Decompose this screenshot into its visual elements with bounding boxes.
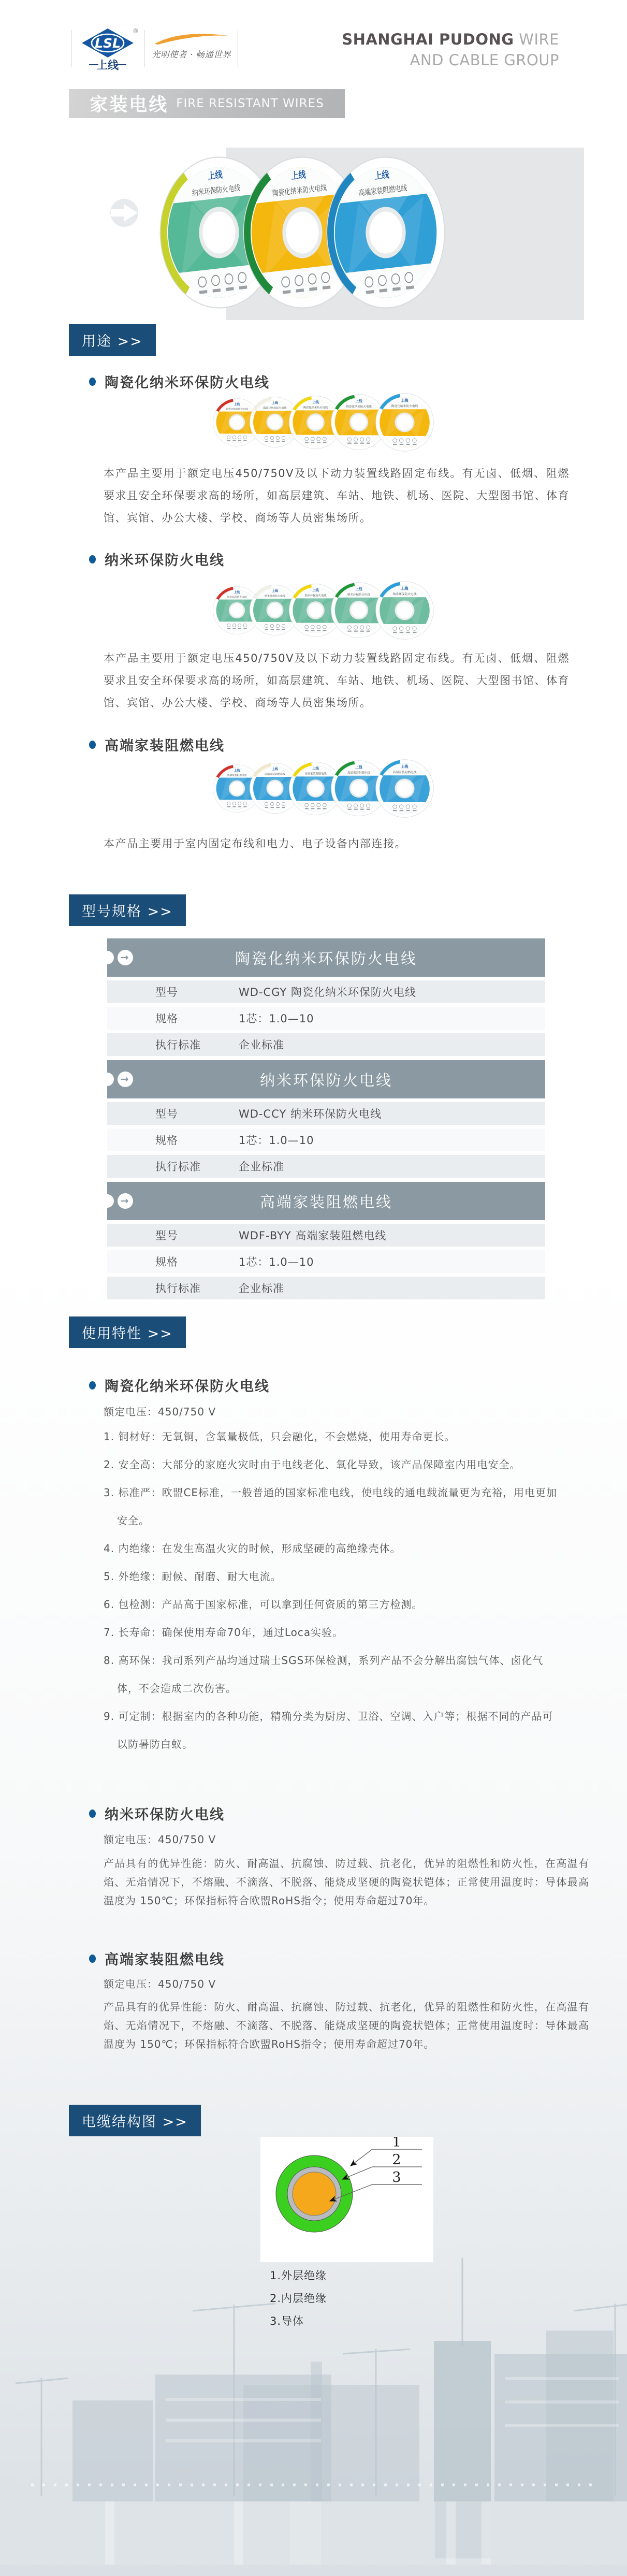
product-heading-1: 陶瓷化纳米环保防火电线 — [89, 371, 270, 392]
product-heading-2-label: 纳米环保防火电线 — [105, 549, 225, 569]
swoosh-icon — [152, 33, 230, 45]
legend-item-1: 1.外层绝缘 — [270, 2264, 327, 2287]
page-title-banner: 家装电线 FIRE RESISTANT WIRES — [69, 89, 345, 118]
rated-voltage-3: 额定电压：450/750 V — [104, 1976, 216, 1991]
table-row: 执行标准 企业标准 — [107, 1155, 545, 1178]
spec-table-3-title: 高端家装阻燃电线 — [260, 1191, 392, 1212]
table-row: 规格 1芯：1.0—10 — [107, 1007, 545, 1030]
feature-item: 5. 外绝缘：耐候、耐磨、耐大电流。 — [104, 1562, 561, 1590]
section-button-models[interactable]: 型号规格 >> — [69, 894, 186, 926]
spec-table-2-title: 纳米环保防火电线 — [260, 1069, 392, 1090]
spec-table-3: → 高端家装阻燃电线 型号 WDF-BYY 高端家装阻燃电线 规格 1芯：1.0… — [107, 1182, 545, 1299]
section-button-structure[interactable]: 电缆结构图 >> — [69, 2105, 201, 2136]
feature-item: 7. 长寿命：确保使用寿命70年，通过Loca实验。 — [104, 1618, 561, 1646]
svg-text:上线: 上线 — [272, 401, 279, 405]
feature-heading-2: 纳米环保防火电线 — [89, 1803, 225, 1824]
wire-spool: 上线 陶瓷化纳米防火电线 — [375, 393, 434, 452]
feature-item: 8. 高环保：我司系列产品均通过瑞士SGS环保检测，系列产品不会分解出腐蚀气体、… — [104, 1646, 561, 1702]
product-heading-2: 纳米环保防火电线 — [89, 549, 225, 569]
feature-heading-2-label: 纳米环保防火电线 — [105, 1803, 225, 1824]
page-header: LSL ® 上线 光明使者 · 畅通世界 SHANGHAI PUDONG WIR… — [0, 27, 627, 73]
company-name-line2: AND CABLE GROUP — [342, 50, 559, 70]
product-heading-3-label: 高端家装阻燃电线 — [105, 734, 225, 755]
feature-heading-3: 高端家装阻燃电线 — [89, 1948, 225, 1969]
feature-heading-1: 陶瓷化纳米环保防火电线 — [89, 1375, 270, 1395]
bullet-icon — [89, 378, 96, 386]
table-row: 规格 1芯：1.0—10 — [107, 1250, 545, 1273]
svg-text:®: ® — [133, 27, 138, 35]
feature-paragraph-3: 产品具有的优异性能：防火、耐高温、抗腐蚀、防过载、抗老化，优异的阻燃性和防火性，… — [104, 1998, 589, 2053]
feature-item: 3. 标准严：欧盟CE标准，一般普通的国家标准电线，使电线的通电载流量更为充裕，… — [104, 1479, 561, 1535]
feature-heading-1-label: 陶瓷化纳米环保防火电线 — [105, 1375, 270, 1395]
svg-text:上线: 上线 — [272, 589, 279, 593]
table-row: 规格 1芯：1.0—10 — [107, 1128, 545, 1151]
cable-structure-diagram: 1 2 3 — [260, 2137, 433, 2262]
product-heading-1-label: 陶瓷化纳米环保防火电线 — [105, 371, 270, 392]
bullet-icon — [89, 1810, 96, 1818]
diagram-number-2: 2 — [392, 2152, 401, 2168]
wire-spool: 上线 高端家装阻燃电线 — [375, 759, 434, 818]
feature-item: 9. 可定制：根据室内的各种功能，精确分类为厨房、卫浴、空调、入户等；根据不同的… — [104, 1702, 561, 1758]
table-row: 型号 WDF-BYY 高端家装阻燃电线 — [107, 1224, 545, 1247]
svg-text:上线: 上线 — [355, 765, 362, 770]
bullet-icon — [89, 555, 96, 563]
table-row: 型号 WD-CGY 陶瓷化纳米环保防火电线 — [107, 980, 545, 1003]
feature-item: 6. 包检测：产品高于国家标准，可以拿到任何资质的第三方检测。 — [104, 1590, 561, 1618]
diagram-number-1: 1 — [392, 2137, 401, 2150]
product-description-2: 本产品主要用于额定电压450/750V及以下动力装置线路固定布线。有无卤、低烟、… — [104, 647, 570, 714]
table-row: 执行标准 企业标准 — [107, 1277, 545, 1299]
svg-text:上线: 上线 — [374, 169, 390, 181]
spec-table-2: → 纳米环保防火电线 型号 WD-CCY 纳米环保防火电线 规格 1芯：1.0—… — [107, 1060, 545, 1178]
table-arrow-icon: → — [100, 1072, 133, 1087]
legend-item-3: 3.导体 — [270, 2310, 327, 2333]
section-button-features[interactable]: 使用特性 >> — [69, 1316, 186, 1348]
feature-item: 4. 内绝缘：在发生高温火灾的时候，形成坚硬的高绝缘壳体。 — [104, 1535, 561, 1562]
product-image-row-3: 上线 高端家装阻燃电线 上线 高端家装阻燃电线 上线 — [212, 757, 434, 819]
slogan: 光明使者 · 畅通世界 — [152, 33, 234, 60]
spec-table-1-title: 陶瓷化纳米环保防火电线 — [235, 947, 417, 968]
section-button-usage[interactable]: 用途 >> — [69, 324, 156, 356]
diagram-number-3: 3 — [392, 2169, 401, 2186]
company-name-line1: SHANGHAI PUDONG WIRE — [342, 29, 559, 50]
product-description-3: 本产品主要用于室内固定布线和电力、电子设备内部连接。 — [104, 833, 570, 855]
page-title-en: FIRE RESISTANT WIRES — [176, 97, 324, 110]
feature-paragraph-2: 产品具有的优异性能：防火、耐高温、抗腐蚀、防过载、抗老化，优异的阻燃性和防火性，… — [104, 1854, 589, 1910]
svg-text:上线: 上线 — [272, 767, 279, 771]
table-row: 执行标准 企业标准 — [107, 1033, 545, 1056]
bullet-icon — [89, 741, 96, 749]
svg-text:上线: 上线 — [208, 169, 223, 181]
divider — [238, 30, 238, 67]
svg-text:上线: 上线 — [401, 398, 409, 402]
company-logo-icon: LSL ® 上线 — [78, 27, 138, 71]
svg-text:上线: 上线 — [355, 399, 362, 403]
product-description-1: 本产品主要用于额定电压450/750V及以下动力装置线路固定布线。有无卤、低烟、… — [104, 462, 570, 529]
slogan-text: 光明使者 · 畅通世界 — [152, 48, 234, 60]
conductor-core — [293, 2172, 336, 2216]
feature-item: 1. 铜材好：无氧铜，含氧量极低，只会融化，不会燃烧，使用寿命更长。 — [104, 1423, 561, 1451]
wire-spool: 上线 纳米环保防火电线 — [375, 581, 434, 640]
table-arrow-icon: → — [100, 950, 133, 965]
spec-table-2-header: → 纳米环保防火电线 — [107, 1060, 545, 1098]
table-row: 型号 WD-CCY 纳米环保防火电线 — [107, 1102, 545, 1125]
svg-text:陶瓷化纳米防火电线: 陶瓷化纳米防火电线 — [263, 407, 286, 410]
hero-spool: 上线 高端家装阻燃电线 — [320, 148, 451, 316]
table-arrow-icon: → — [100, 1193, 133, 1209]
rated-voltage-1: 额定电压：450/750 V — [104, 1403, 216, 1419]
svg-text:上线: 上线 — [291, 169, 307, 181]
divider — [71, 30, 71, 67]
company-name: SHANGHAI PUDONG WIRE AND CABLE GROUP — [342, 29, 559, 70]
feature-heading-3-label: 高端家装阻燃电线 — [105, 1948, 225, 1969]
svg-text:上线: 上线 — [401, 586, 409, 590]
wire-spool: 上线 高端家装阻燃电线 — [320, 148, 451, 316]
svg-text:上线: 上线 — [97, 59, 119, 71]
svg-text:LSL: LSL — [95, 36, 121, 51]
page-title-cn: 家装电线 — [90, 91, 168, 117]
svg-text:上线: 上线 — [355, 587, 362, 591]
product-heading-3: 高端家装阻燃电线 — [89, 734, 225, 755]
arrow-right-icon — [110, 197, 140, 229]
product-image-row-1: 上线 陶瓷化纳米防火电线 上线 陶瓷化纳米防火电线 上线 — [212, 391, 434, 453]
spec-table-3-header: → 高端家装阻燃电线 — [107, 1182, 545, 1220]
svg-text:上线: 上线 — [401, 764, 409, 769]
bullet-icon — [89, 1381, 96, 1390]
page: LSL ® 上线 光明使者 · 畅通世界 SHANGHAI PUDONG WIR… — [0, 0, 627, 2576]
spec-table-1-header: → 陶瓷化纳米环保防火电线 — [107, 938, 545, 977]
product-image-row-2: 上线 纳米环保防火电线 上线 纳米环保防火电线 上线 — [212, 579, 434, 641]
rated-voltage-2: 额定电压：450/750 V — [104, 1831, 216, 1846]
spec-tables: → 陶瓷化纳米环保防火电线 型号 WD-CGY 陶瓷化纳米环保防火电线 规格 1… — [107, 938, 545, 1304]
divider — [144, 30, 144, 67]
feature-item: 2. 安全高：大部分的家庭火灾时由于电线老化、氧化导致，该产品保障室内用电安全。 — [104, 1451, 561, 1479]
bullet-icon — [89, 1955, 96, 1963]
svg-text:高端家装阻燃电线: 高端家装阻燃电线 — [265, 773, 285, 776]
legend-item-2: 2.内层绝缘 — [270, 2287, 327, 2310]
feature-list: 1. 铜材好：无氧铜，含氧量极低，只会融化，不会燃烧，使用寿命更长。 2. 安全… — [104, 1423, 561, 1758]
svg-text:纳米环保防火电线: 纳米环保防火电线 — [265, 595, 285, 598]
spec-table-1: → 陶瓷化纳米环保防火电线 型号 WD-CGY 陶瓷化纳米环保防火电线 规格 1… — [107, 938, 545, 1056]
diagram-legend: 1.外层绝缘 2.内层绝缘 3.导体 — [270, 2264, 327, 2333]
